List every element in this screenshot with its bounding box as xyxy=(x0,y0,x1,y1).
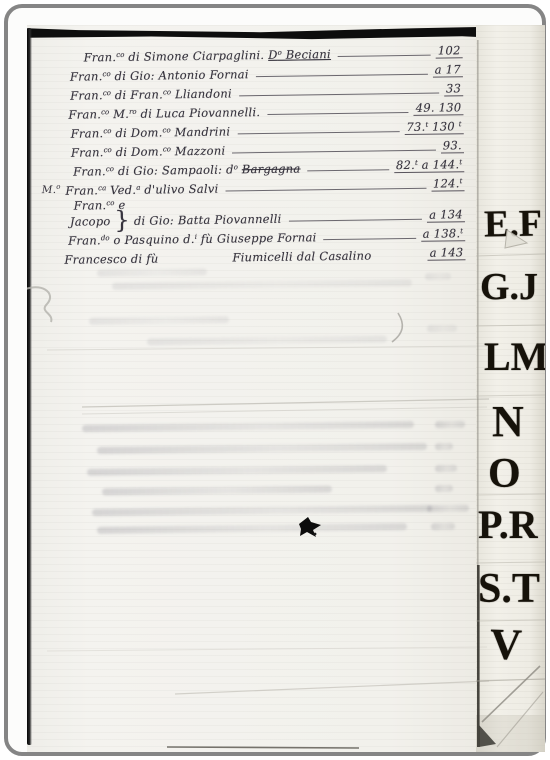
ruled-dash-line xyxy=(239,93,439,97)
entry-folio-number: 93. xyxy=(441,138,464,153)
ghost-writing-line xyxy=(435,421,465,428)
ghost-writing-line xyxy=(427,505,469,513)
ruled-dash-line xyxy=(289,219,423,222)
entry-folio-number: 82.t a 144.t xyxy=(394,157,464,173)
ghost-writing-line xyxy=(97,523,407,534)
ruled-dash-line xyxy=(256,74,428,77)
letter-tab-strip: E.FG.JLMNOP.RS.TV xyxy=(476,25,545,752)
entry-folio-number: 73.t 130 t xyxy=(404,119,463,135)
ink-blot-dot xyxy=(314,533,317,536)
ghost-writing-line xyxy=(435,465,457,472)
binding-edge xyxy=(27,28,32,745)
entry-list: Fran.co di Simone Ciarpaglini. Do Becian… xyxy=(61,40,465,267)
ghost-writing-line xyxy=(427,325,457,332)
ghost-writing-line xyxy=(87,465,387,476)
scan-frame: Fran.co di Simone Ciarpaglini. Do Becian… xyxy=(4,4,546,756)
ghost-writing-line xyxy=(97,443,427,454)
letter-tab-gj: G.J xyxy=(480,268,538,306)
ghost-writing-line xyxy=(97,268,207,276)
letter-tab-o: O xyxy=(488,453,521,495)
letter-tab-ef: E.F xyxy=(484,204,543,243)
entry-folio-number: 124.t xyxy=(431,176,465,191)
ruled-dash-line xyxy=(324,238,416,240)
entry-folio-number: 102 xyxy=(436,43,463,58)
ghost-writing-line xyxy=(425,273,451,280)
scan-top-edge xyxy=(27,25,545,41)
ruled-dash-line xyxy=(267,112,409,115)
ghost-writing-line xyxy=(112,279,412,290)
entry-folio-number: a 17 xyxy=(433,62,463,77)
letter-tab-n: N xyxy=(492,400,524,444)
ghost-writing-line xyxy=(102,486,332,496)
entry-folio-number: a 143 xyxy=(428,245,466,261)
margin-note: M.o xyxy=(36,183,60,196)
letter-tab-v: V xyxy=(489,622,522,667)
ruled-dash-line xyxy=(232,150,436,154)
ruled-dash-line xyxy=(237,131,399,134)
ghost-writing-line xyxy=(82,421,414,432)
ghost-writing-line xyxy=(435,485,453,492)
ghost-writing-line xyxy=(89,316,229,325)
scanned-page: Fran.co di Simone Ciarpaglini. Do Becian… xyxy=(27,25,545,752)
letter-tab-pr: P.R xyxy=(478,505,538,545)
entry-folio-number: 33 xyxy=(444,81,463,96)
entry-name: Francesco di fùFiumicelli dal Casalino xyxy=(64,249,371,267)
paren-mark xyxy=(392,313,402,342)
ghost-writing-line xyxy=(147,336,387,346)
tab-strip-foot xyxy=(476,715,545,752)
entry-folio-number: a 138.t xyxy=(421,226,466,242)
letter-tab-lm: LM xyxy=(484,337,545,377)
ruled-dash-line xyxy=(308,169,389,171)
ghost-writing-line xyxy=(435,443,453,450)
letter-tab-st: S.T xyxy=(478,568,540,610)
ruled-dash-line xyxy=(338,55,431,57)
entry-folio-number: 49. 130 xyxy=(414,100,464,116)
entry-folio-number: a 134 xyxy=(427,207,465,223)
ghost-writing-line xyxy=(92,505,432,516)
ghost-writing-line xyxy=(431,523,455,530)
ruled-dash-line xyxy=(226,188,427,192)
